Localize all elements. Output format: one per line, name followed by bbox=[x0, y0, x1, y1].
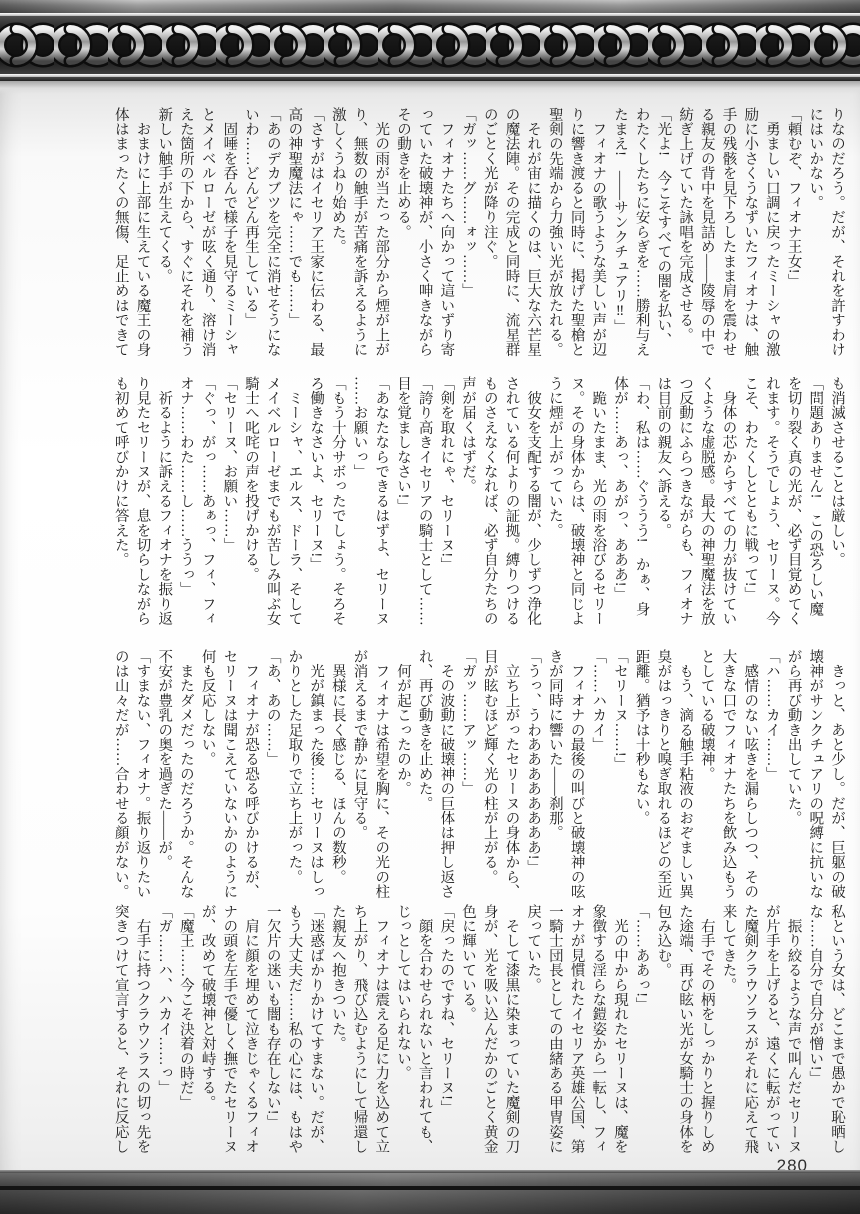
text-line: 身が、光を吸い込んだかのごとく黄金 bbox=[478, 904, 500, 1151]
text-line: も初めて呼びかけに答えた。 bbox=[109, 376, 131, 623]
text-line: ミーシャ、エルス、ドーラ、そして bbox=[283, 376, 305, 623]
text-line: のは山々だが……合わせる顔がない。 bbox=[109, 649, 131, 896]
text-line: ……お願いっ」 bbox=[348, 376, 370, 623]
text-line: きっと、あと少し。だが、巨躯の破 bbox=[825, 649, 847, 896]
text-line: 「わ、私は……ぐううう! かぁ、身 bbox=[630, 376, 652, 623]
text-line: 顔を合わせられないと言われても、 bbox=[413, 904, 435, 1151]
text-line: 「さすがはイセリア王家に伝わる、最 bbox=[304, 107, 326, 354]
text-line: 臭がはっきりと嗅ぎ取れるほどの至近 bbox=[652, 649, 674, 896]
text-line: 身体の芯からすべての力が抜けてい bbox=[717, 376, 739, 623]
text-line: オナ……わた……し……ううっ」 bbox=[174, 376, 196, 623]
text-line: 「誇り高きイセリアの騎士として…… bbox=[413, 376, 435, 623]
text-line: 騎士へ叱咤の声を投げかける。 bbox=[239, 376, 261, 623]
text-line: 「ぐっ、がっ……あぁっ、フィ、フィ bbox=[196, 376, 218, 623]
text-line: じっとしてはいられない。 bbox=[391, 904, 413, 1151]
text-line: 大きな口でフィオナたちを飲み込もう bbox=[717, 649, 739, 896]
text-line: 跪いたまま、光の雨を浴びるセリー bbox=[587, 376, 609, 623]
text-line: いわ……どんどん再生している」 bbox=[239, 107, 261, 354]
text-line: の魔法陣。その完成と同時に、流星群 bbox=[500, 107, 522, 354]
text-line: 一欠片の迷いも闇も存在しない!」 bbox=[261, 904, 283, 1151]
text-line: そして漆黒に染まっていた魔剣の刀 bbox=[500, 904, 522, 1151]
text-line: 「問題ありません! この恐ろしい魔 bbox=[804, 376, 826, 623]
text-line: た魔剣クラウソラスがそれに応えて飛 bbox=[738, 904, 760, 1151]
text-line: が片手を上げると、遠くに転がってい bbox=[760, 904, 782, 1151]
text-line: もう、滴る触手粘液のおぞましい異 bbox=[673, 649, 695, 896]
text-line: 高の神聖魔法にゃ……でも……」 bbox=[283, 107, 305, 354]
text-line: 「戻ったのですね、セリーヌ!」 bbox=[435, 904, 457, 1151]
text-line: が消えるまで静かに見守る。 bbox=[348, 649, 370, 896]
text-line: その動きを止める。 bbox=[391, 107, 413, 354]
text-line: きが同時に響いた――刹那。 bbox=[543, 649, 565, 896]
text-line: る親友の背中を見詰め――陵辱の中で bbox=[695, 107, 717, 354]
text-line: 固唾を呑んで様子を見守るミーシャ bbox=[218, 107, 240, 354]
text-line: ろ働きなさいよ、セリーヌ!」 bbox=[304, 376, 326, 623]
text-line: 立ち上がったセリーヌの身体から、 bbox=[500, 649, 522, 896]
text-line: 「ハ……カイ……」 bbox=[760, 649, 782, 896]
text-line: 右手でその柄をしっかりと握りしめ bbox=[695, 904, 717, 1151]
text-line: た途端、再び眩い光が女騎士の身体を bbox=[673, 904, 695, 1151]
text-line: 聖剣の先端から力強い光が放たれる。 bbox=[543, 107, 565, 354]
text-line: 「ガ……ハ、ハカイ……っ」 bbox=[153, 904, 175, 1151]
text-line: 突きつけて宣言すると、それに反応し bbox=[109, 904, 131, 1151]
text-line: 「あのデカブツを完全に消せそうにな bbox=[261, 107, 283, 354]
text-line: 異様に長く感じる、ほんの数秒。 bbox=[326, 649, 348, 896]
text-line: っていた破壊神が、小さく呻きながら bbox=[413, 107, 435, 354]
text-line: 感情のない呟きを漏らしつつ、その bbox=[738, 649, 760, 896]
text-line: 来してきた。 bbox=[717, 904, 739, 1151]
text-line: としている破壊神。 bbox=[695, 649, 717, 896]
text-line: 戻っていた。 bbox=[521, 904, 543, 1151]
text-line: 祈るように訴えるフィオナを振り返 bbox=[153, 376, 175, 623]
text-line: を切り裂く真の光が、必ず目覚めてく bbox=[782, 376, 804, 623]
text-line: フィオナは震える足に力を込めて立 bbox=[370, 904, 392, 1151]
text-line: り見たセリーヌが、息を切らしながら bbox=[131, 376, 153, 623]
text-line: ち上がり、飛び込むようにして帰還し bbox=[348, 904, 370, 1151]
text-band-2: も消滅させることは厳しい。「問題ありません! この恐ろしい魔を切り裂く真の光が、… bbox=[109, 376, 847, 623]
text-line: たまえ! ――サンクチュアリ‼」 bbox=[608, 107, 630, 354]
text-line: うに煙が上がっていた。 bbox=[543, 376, 565, 623]
text-line: 「光よ! 今こそすべての闇を払い、 bbox=[652, 107, 674, 354]
metal-strip bbox=[0, 1173, 860, 1186]
text-line: 目を覚ましなさい!」 bbox=[391, 376, 413, 623]
text-line: 「剣を取れにゃ、セリーヌ!」 bbox=[435, 376, 457, 623]
text-line: 「すまない、フィオナ。振り返りたい bbox=[131, 649, 153, 896]
text-line: 象徴する淫らな鎧姿から一転し、フィ bbox=[587, 904, 609, 1151]
text-line: つ反動にふらつきながらも、フィオナ bbox=[673, 376, 695, 623]
text-line: ナの頭を左手で優しく撫でたセリーヌ bbox=[218, 904, 240, 1151]
text-line: 一騎士団長としての由緒ある甲冑姿に bbox=[543, 904, 565, 1151]
text-line: 不安が豊乳の奥を過ぎた――が。 bbox=[153, 649, 175, 896]
text-line: こそ、わたくしとともに戦って!」 bbox=[738, 376, 760, 623]
text-line: その波動に破壊神の巨体は押し返さ bbox=[435, 649, 457, 896]
text-line: にはいかない。 bbox=[804, 107, 826, 354]
text-line: 色に輝いている。 bbox=[456, 904, 478, 1151]
text-line: とメイベルローゼが呟く通り、溶け消 bbox=[196, 107, 218, 354]
metal-base-bar bbox=[0, 1190, 860, 1214]
text-line: フィオナの最後の叫びと破壊神の呟 bbox=[565, 649, 587, 896]
text-line: 振り絞るような声で叫んだセリーヌ bbox=[782, 904, 804, 1151]
text-line: り、無数の触手が苦痛を訴えるように bbox=[348, 107, 370, 354]
text-line: れます。そうでしょう、セリーヌ。今 bbox=[760, 376, 782, 623]
text-line: フィオナたちへ向かって這いずり寄 bbox=[435, 107, 457, 354]
text-line: 包み込む。 bbox=[652, 904, 674, 1151]
text-band-4: 私という女は、どこまで愚かで恥晒しな……自分で自分が憎い!」 振り絞るような声で… bbox=[109, 904, 847, 1151]
text-line: 光が鎮まった後……セリーヌはしっ bbox=[304, 649, 326, 896]
text-line: 励に小さくうなずいたフィオナは、触 bbox=[738, 107, 760, 354]
text-line: されている何よりの証拠。縛りつける bbox=[500, 376, 522, 623]
text-line: 「ガッ……アッ……」 bbox=[456, 649, 478, 896]
text-line: が、改めて破壊神と対峙する。 bbox=[196, 904, 218, 1151]
text-line: 距離。猶予は十秒もない。 bbox=[630, 649, 652, 896]
text-line: 「……ああっ!」 bbox=[630, 904, 652, 1151]
text-line: 「……ハカイ」 bbox=[587, 649, 609, 896]
text-line: 「あなたならできるはずよ、セリーヌ bbox=[370, 376, 392, 623]
text-line: 右手に持つクラウソラスの切っ先を bbox=[131, 904, 153, 1151]
text-line: 何も反応しない。 bbox=[196, 649, 218, 896]
text-line: は目前の親友へ訴える。 bbox=[652, 376, 674, 623]
text-band-3: きっと、あと少し。だが、巨躯の破壊神がサンクチュアリの呪縛に抗いながら再び動き出… bbox=[109, 649, 847, 896]
text-line: 「魔王……今こそ決着の時だ」 bbox=[174, 904, 196, 1151]
text-line: オナが見慣れたイセリア英雄公国、第 bbox=[565, 904, 587, 1151]
text-line: りに響き渡ると同時に、掲げた聖槍と bbox=[565, 107, 587, 354]
text-line: 体が……あっ、あがっ、あああ!」 bbox=[608, 376, 630, 623]
text-line: 「頼むぞ、フィオナ王女!」 bbox=[782, 107, 804, 354]
text-line: た親友へ抱きついた。 bbox=[326, 904, 348, 1151]
text-line: ヌ。その身体からは、破壊神と同じよ bbox=[565, 376, 587, 623]
text-line: 「ガッ……グ……ォッ……」 bbox=[456, 107, 478, 354]
text-line: れ、再び動きを止めた。 bbox=[413, 649, 435, 896]
text-line: 声が届くはずだ。 bbox=[456, 376, 478, 623]
novel-text-area: りなのだろう。だが、それを許すわけにはいかない。「頼むぞ、フィオナ王女!」 勇ま… bbox=[0, 0, 860, 1214]
text-line: も消滅させることは厳しい。 bbox=[825, 376, 847, 623]
text-line: な……自分で自分が憎い!」 bbox=[804, 904, 826, 1151]
text-line: りなのだろう。だが、それを許すわけ bbox=[825, 107, 847, 354]
text-line: 勇ましい口調に戻ったミーシャの激 bbox=[760, 107, 782, 354]
decorative-border-bottom bbox=[0, 1170, 860, 1214]
text-line: えた箇所の下から、すぐにそれを補う bbox=[174, 107, 196, 354]
text-line: わたくしたちに安らぎを……勝利与え bbox=[630, 107, 652, 354]
text-line: 「あ、あの……」 bbox=[261, 649, 283, 896]
text-line: 肩に顔を埋めて泣きじゃくるフィオ bbox=[239, 904, 261, 1151]
text-line: メイベルローゼまでもが苦しみ叫ぶ女 bbox=[261, 376, 283, 623]
text-line: かりとした足取りで立ち上がった。 bbox=[283, 649, 305, 896]
text-line: 彼女を支配する闇が、少しずつ浄化 bbox=[521, 376, 543, 623]
text-line: 「迷惑ばかりかけてすまない。だが、 bbox=[304, 904, 326, 1151]
text-band-1: りなのだろう。だが、それを許すわけにはいかない。「頼むぞ、フィオナ王女!」 勇ま… bbox=[109, 107, 847, 354]
text-line: くような虚脱感。最大の神聖魔法を放 bbox=[695, 376, 717, 623]
text-line: 「セリーヌ……!」 bbox=[608, 649, 630, 896]
text-line: 「セリーヌ、お願い……」 bbox=[218, 376, 240, 623]
text-line: 「うっ、うわああああああああ!」 bbox=[521, 649, 543, 896]
text-line: 目が眩むほど輝く光の柱が上がる。 bbox=[478, 649, 500, 896]
text-line: 新しい触手が生えてくる。 bbox=[153, 107, 175, 354]
text-line: またダメだったのだろうか。そんな bbox=[174, 649, 196, 896]
text-line: おまけに上部に生えている魔王の身 bbox=[131, 107, 153, 354]
text-line: 「もう十分サボったでしょう。そろそ bbox=[326, 376, 348, 623]
text-line: フィオナは希望を胸に、その光の柱 bbox=[370, 649, 392, 896]
text-line: 光の雨が当たった部分から煙が上が bbox=[370, 107, 392, 354]
text-line: フィオナが恐る恐る呼びかけるが、 bbox=[239, 649, 261, 896]
text-line: がら再び動き出していた。 bbox=[782, 649, 804, 896]
text-line: ものさえなくなれば、必ず自分たちの bbox=[478, 376, 500, 623]
text-line: 紡ぎ上げていた詠唱を完成させる。 bbox=[673, 107, 695, 354]
book-page: りなのだろう。だが、それを許すわけにはいかない。「頼むぞ、フィオナ王女!」 勇ま… bbox=[0, 0, 860, 1214]
text-line: フィオナの歌うような美しい声が辺 bbox=[587, 107, 609, 354]
text-line: 私という女は、どこまで愚かで恥晒し bbox=[825, 904, 847, 1151]
text-line: もう大丈夫だ……私の心には、もはや bbox=[283, 904, 305, 1151]
text-line: のごとく光が降り注ぐ。 bbox=[478, 107, 500, 354]
text-line: 何が起こったのか。 bbox=[391, 649, 413, 896]
text-line: 光の中から現れたセリーヌは、魔を bbox=[608, 904, 630, 1151]
text-line: 手の残骸を見下ろしたまま肩を震わせ bbox=[717, 107, 739, 354]
text-line: それが宙に描くのは、巨大な六芒星 bbox=[521, 107, 543, 354]
text-line: 激しくうねり始めた。 bbox=[326, 107, 348, 354]
text-line: 壊神がサンクチュアリの呪縛に抗いな bbox=[804, 649, 826, 896]
text-line: 体はまったくの無傷、足止めはできて bbox=[109, 107, 131, 354]
text-line: セリーヌは聞こえていないかのように bbox=[218, 649, 240, 896]
